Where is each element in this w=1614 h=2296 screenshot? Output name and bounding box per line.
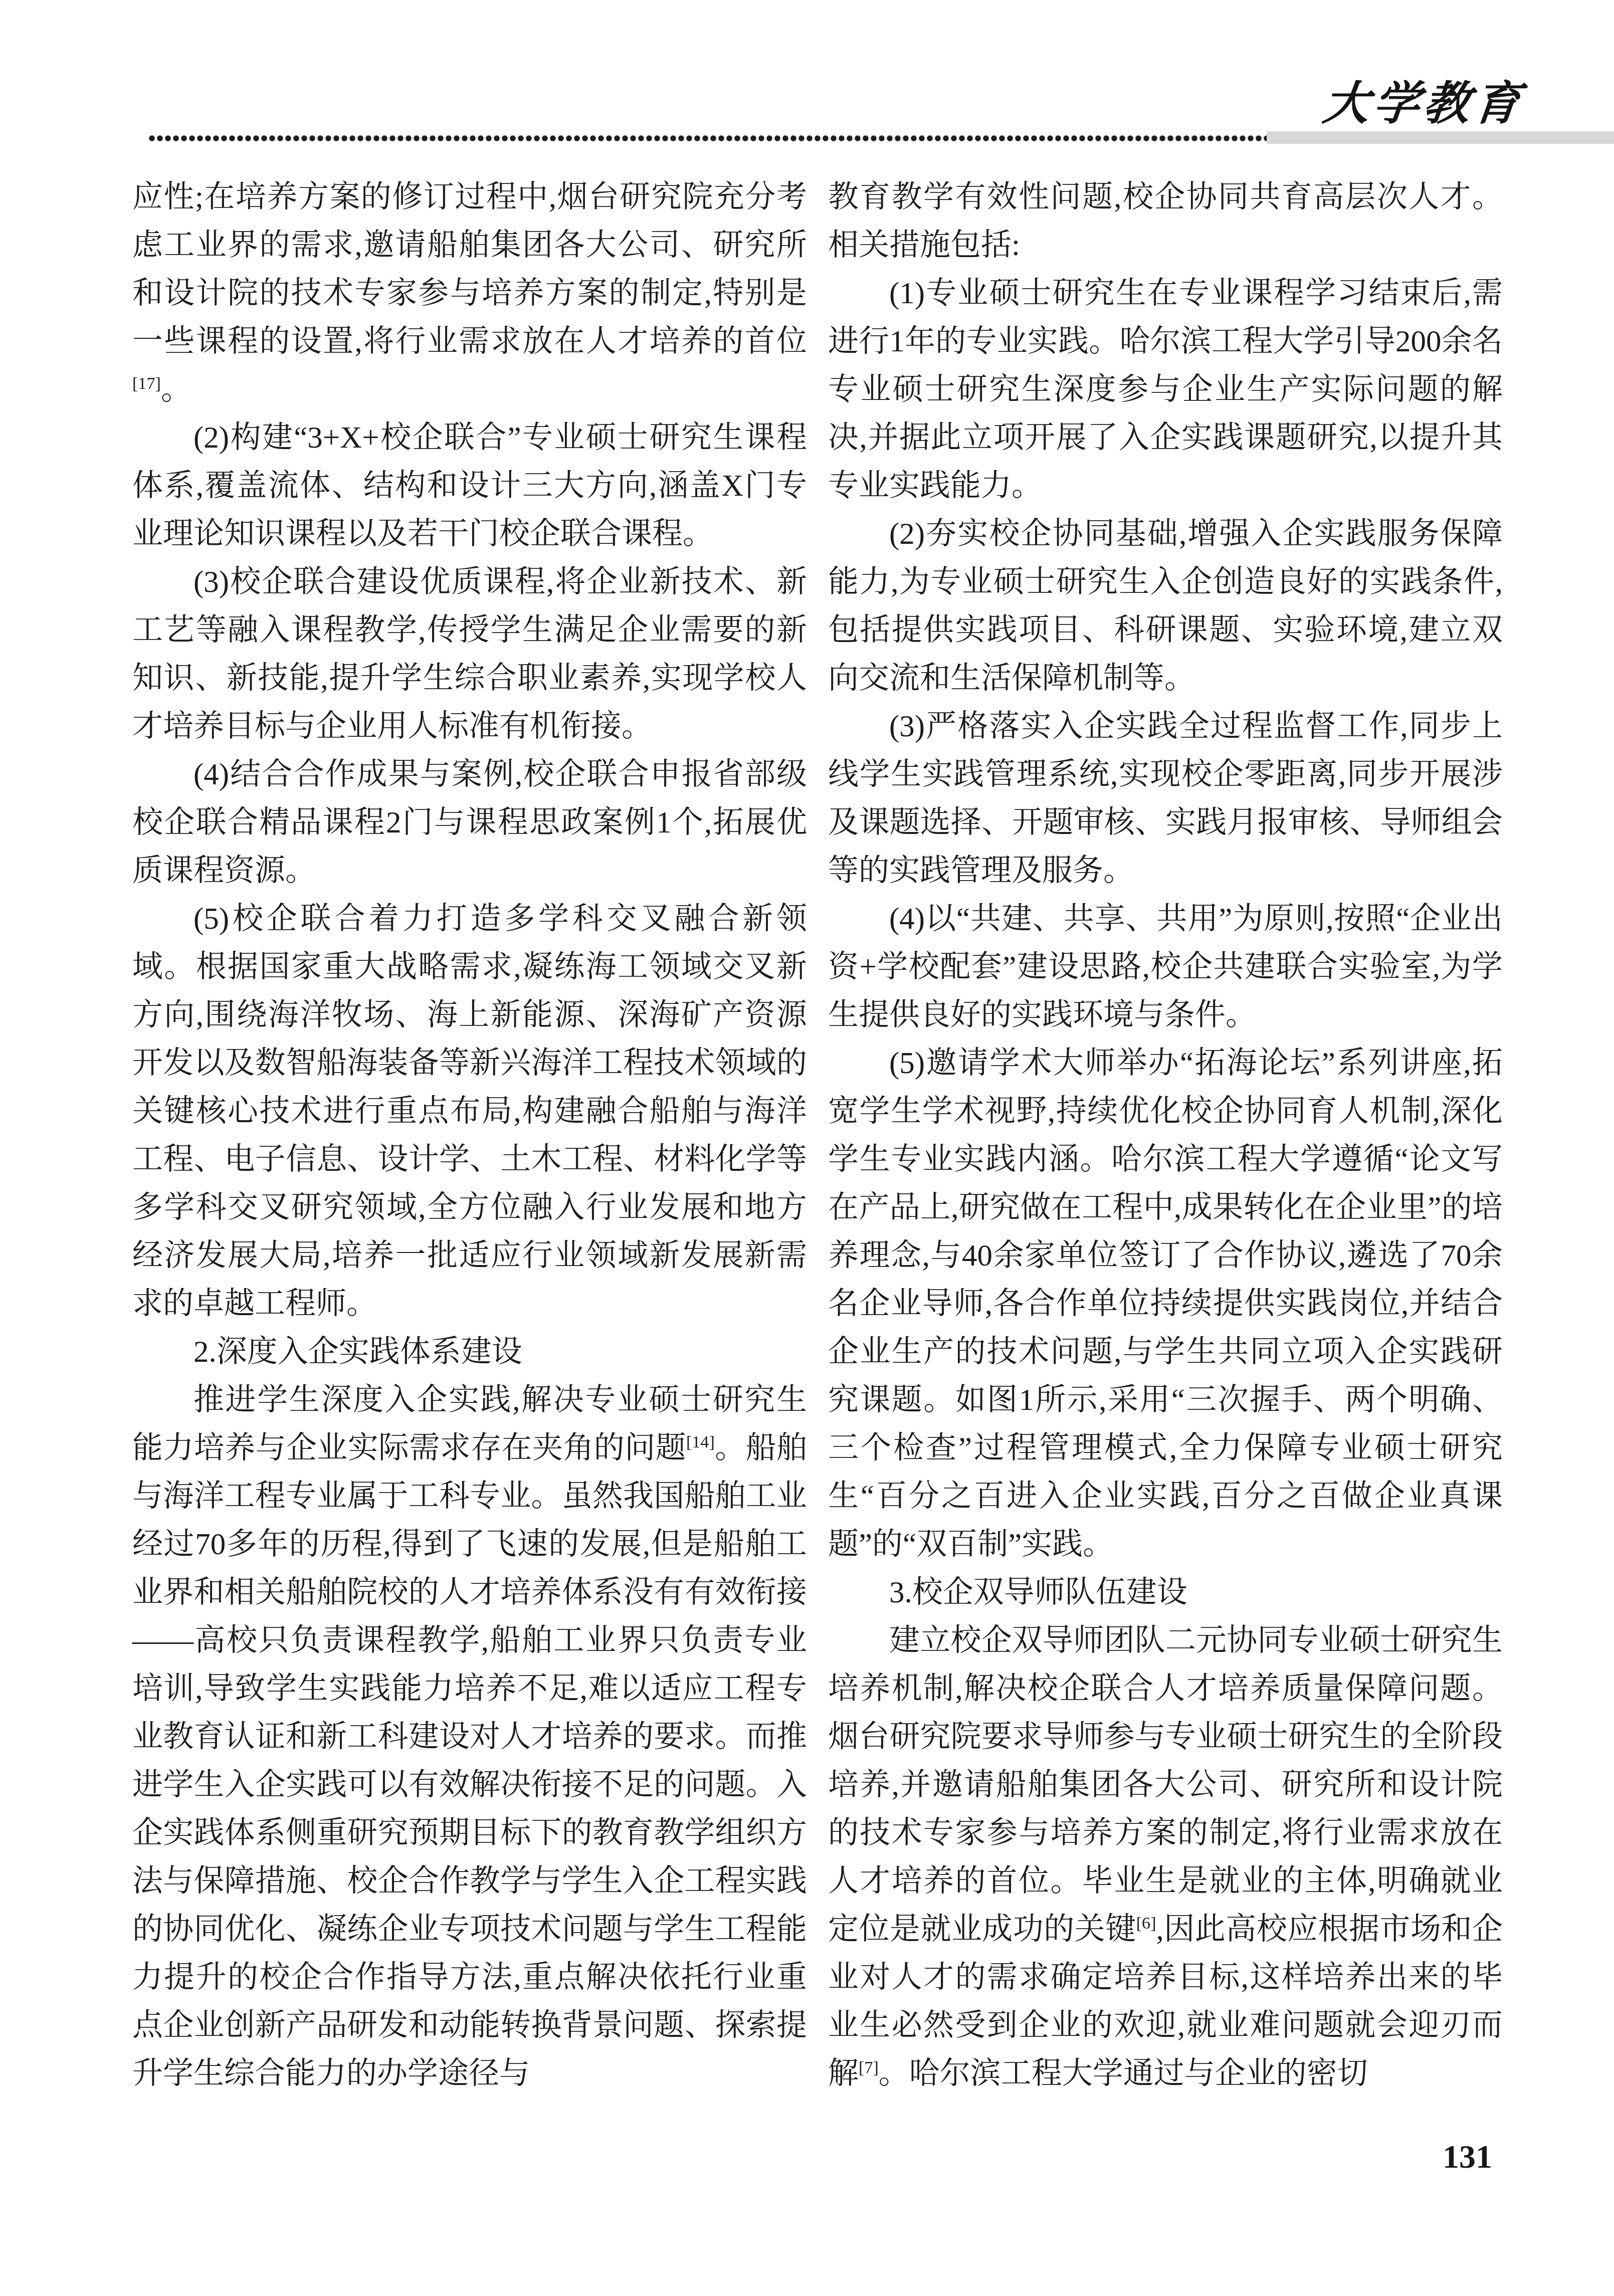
- paragraph: (2)构建“3+X+校企联合”专业硕士研究生课程体系,覆盖流体、结构和设计三大方…: [132, 414, 807, 558]
- paragraph: (3)严格落实入企实践全过程监督工作,同步上线学生实践管理系统,实现校企零距离,…: [828, 703, 1503, 895]
- paragraph: (2)夯实校企协同基础,增强入企实践服务保障能力,为专业硕士研究生入企创造良好的…: [828, 510, 1503, 703]
- right-column: 教育教学有效性问题,校企协同共育高层次人才。相关措施包括:(1)专业硕士研究生在…: [828, 173, 1503, 2098]
- paragraph: (5)校企联合着力打造多学科交叉融合新领域。根据国家重大战略需求,凝练海工领域交…: [132, 895, 807, 1328]
- reference-marker: [7]: [859, 2058, 879, 2077]
- paragraph: (4)结合合作成果与案例,校企联合申报省部级校企联合精品课程2门与课程思政案例1…: [132, 751, 807, 895]
- reference-marker: [17]: [132, 374, 161, 393]
- header-dotted-rule: [148, 134, 1267, 142]
- left-column: 应性;在培养方案的修订过程中,烟台研究院充分考虑工业界的需求,邀请船舶集团各大公…: [132, 173, 807, 2098]
- page: 大学教育 应性;在培养方案的修订过程中,烟台研究院充分考虑工业界的需求,邀请船舶…: [0, 0, 1614, 2296]
- paragraph: 教育教学有效性问题,校企协同共育高层次人才。相关措施包括:: [828, 173, 1503, 270]
- header-band: [1267, 131, 1614, 144]
- reference-marker: [6]: [1136, 1914, 1156, 1933]
- journal-logo: 大学教育: [1320, 76, 1497, 131]
- paragraph: (1)专业硕士研究生在专业课程学习结束后,需进行1年的专业实践。哈尔滨工程大学引…: [828, 270, 1503, 510]
- reference-marker: [14]: [686, 1433, 715, 1451]
- paragraph: (5)邀请学术大师举办“拓海论坛”系列讲座,拓宽学生学术视野,持续优化校企协同育…: [828, 1039, 1503, 1569]
- paragraph: (3)校企联合建设优质课程,将企业新技术、新工艺等融入课程教学,传授学生满足企业…: [132, 558, 807, 751]
- paragraph: 应性;在培养方案的修订过程中,烟台研究院充分考虑工业界的需求,邀请船舶集团各大公…: [132, 173, 807, 414]
- paragraph: 建立校企双导师团队二元协同专业硕士研究生培养机制,解决校企联合人才培养质量保障问…: [828, 1617, 1503, 2098]
- paragraph: (4)以“共建、共享、共用”为原则,按照“企业出资+学校配套”建设思路,校企共建…: [828, 895, 1503, 1039]
- paragraph: 2.深度入企实践体系建设: [132, 1328, 807, 1376]
- page-number: 131: [1443, 2139, 1492, 2175]
- paragraph: 推进学生深度入企实践,解决专业硕士研究生能力培养与企业实际需求存在夹角的问题[1…: [132, 1376, 807, 2098]
- paragraph: 3.校企双导师队伍建设: [828, 1569, 1503, 1617]
